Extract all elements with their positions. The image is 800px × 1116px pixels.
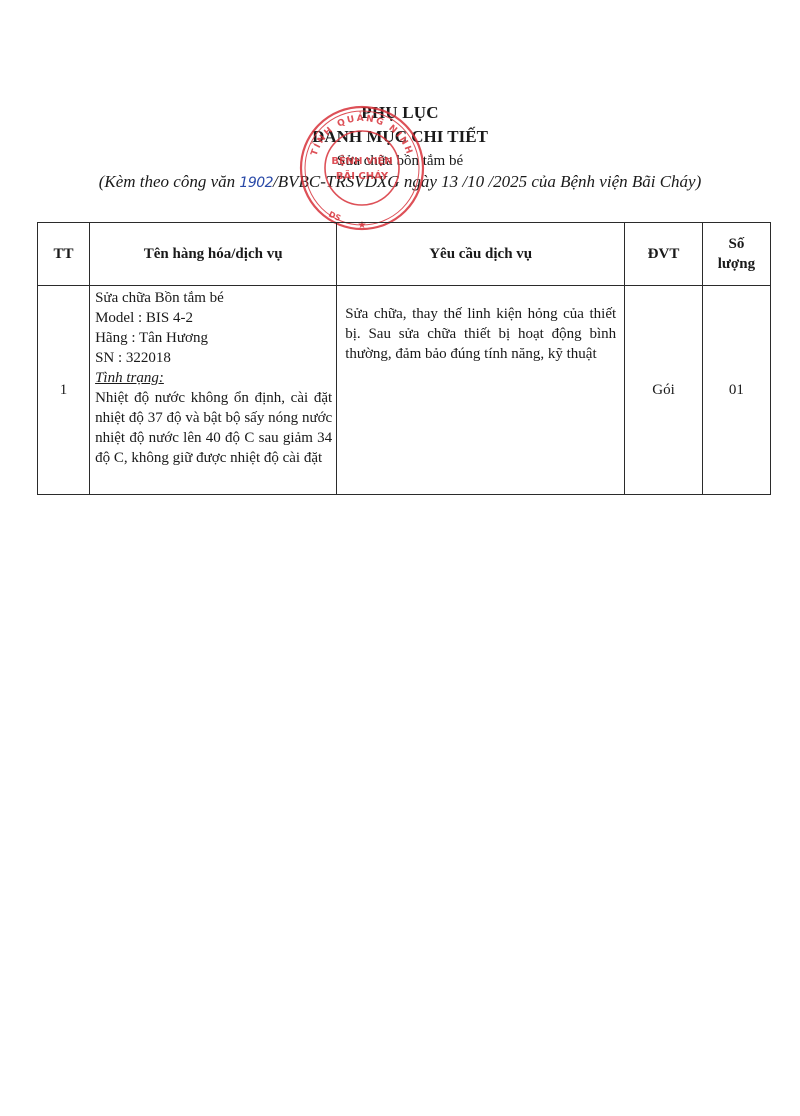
- status-description: Nhiệt độ nước không ổn định, cài đặt nhi…: [95, 388, 332, 468]
- header-item-name: Tên hàng hóa/dịch vụ: [90, 223, 337, 286]
- reference-suffix: /BVBC-TRSVDXG ngày 13 /10 /2025 của Bệnh…: [273, 172, 701, 191]
- reference-line: (Kèm theo công văn 1902/BVBC-TRSVDXG ngà…: [0, 172, 800, 192]
- cell-quantity: 01: [702, 286, 770, 495]
- header-quantity: Sốlượng: [702, 223, 770, 286]
- item-manufacturer: Hãng : Tân Hương: [95, 328, 332, 348]
- item-name: Sửa chữa Bồn tắm bé: [95, 288, 332, 308]
- cell-item-name: Sửa chữa Bồn tắm bé Model : BIS 4-2 Hãng…: [90, 286, 337, 495]
- service-detail-table: TT Tên hàng hóa/dịch vụ Yêu cầu dịch vụ …: [37, 222, 771, 495]
- item-serial-number: SN : 322018: [95, 348, 332, 368]
- status-label: Tình trạng:: [95, 368, 332, 388]
- appendix-title: PHỤ LỤC: [0, 103, 800, 123]
- handwritten-document-number: 1902: [239, 175, 273, 191]
- table-header-row: TT Tên hàng hóa/dịch vụ Yêu cầu dịch vụ …: [38, 223, 771, 286]
- header-tt: TT: [38, 223, 90, 286]
- header-service-requirement: Yêu cầu dịch vụ: [337, 223, 625, 286]
- header-quantity-line1: Số: [729, 236, 745, 252]
- item-model: Model : BIS 4-2: [95, 308, 332, 328]
- table-row: 1 Sửa chữa Bồn tắm bé Model : BIS 4-2 Hã…: [38, 286, 771, 495]
- cell-tt: 1: [38, 286, 90, 495]
- cell-unit: Gói: [625, 286, 703, 495]
- reference-prefix: (Kèm theo công văn: [99, 172, 240, 191]
- header-unit: ĐVT: [625, 223, 703, 286]
- topic-line: Sửa chữa bồn tắm bé: [0, 153, 800, 170]
- header-quantity-line2: lượng: [718, 256, 755, 272]
- cell-service-requirement: Sửa chữa, thay thế linh kiện hỏng của th…: [337, 286, 625, 495]
- detail-list-title: DANH MỤC CHI TIẾT: [0, 127, 800, 147]
